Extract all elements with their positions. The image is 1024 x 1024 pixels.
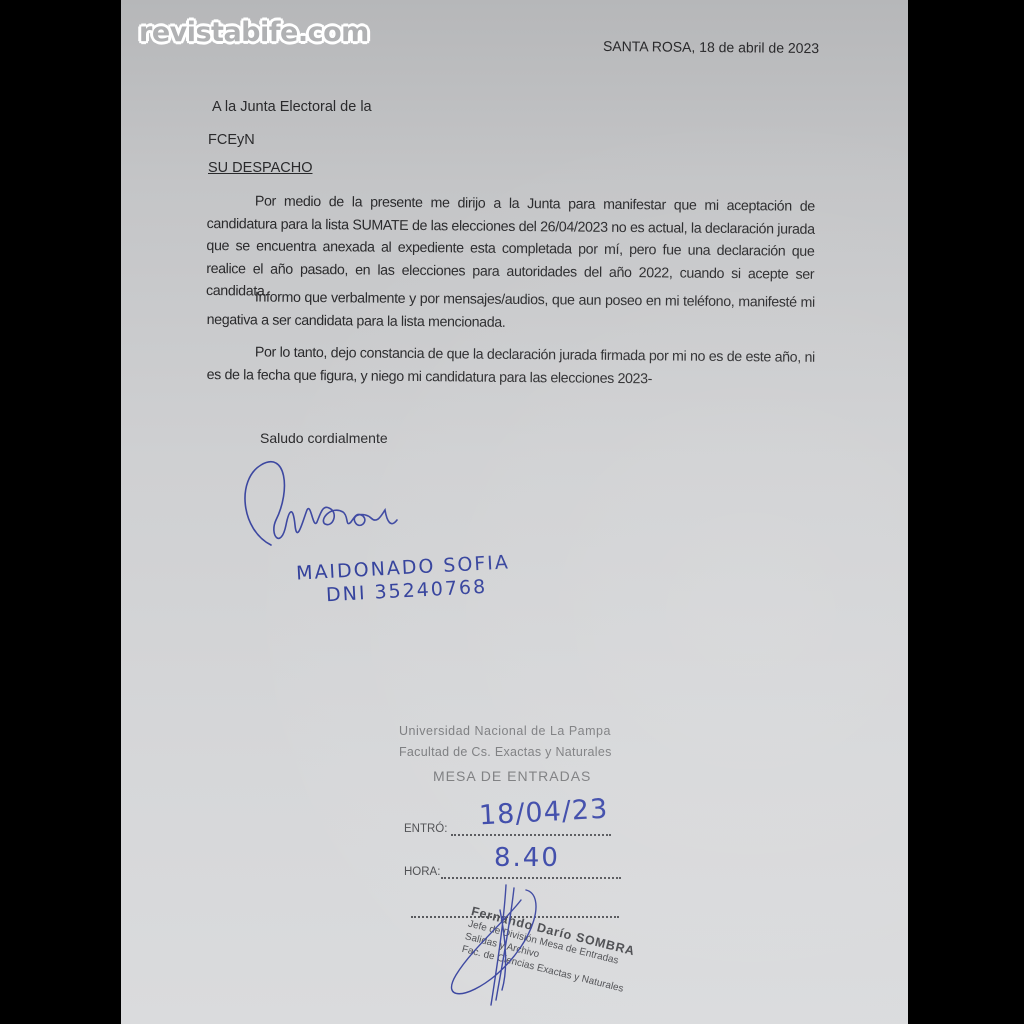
signature-icon — [231, 450, 471, 570]
place-date: SANTA ROSA, 18 de abril de 2023 — [603, 38, 819, 56]
watermark-logo: revistabife.com — [139, 17, 369, 48]
official-signature-icon — [436, 880, 566, 1010]
recipient-line-3: SU DESPACHO — [208, 160, 312, 176]
entro-label: ENTRÓ: — [404, 823, 447, 835]
stamp-office: MESA DE ENTRADAS — [433, 768, 591, 784]
letter-paragraph-3: Por lo tanto, dejo constancia de que la … — [207, 341, 815, 392]
paragraph-text: Por lo tanto, dejo constancia de que la … — [207, 341, 815, 392]
recipient-line-2: FCEyN — [208, 132, 255, 148]
closing-salutation: Saludo cordialmente — [260, 430, 388, 446]
handwritten-entry-date: 18/04/23 — [478, 794, 609, 832]
hora-label: HORA: — [404, 866, 440, 878]
scanned-letter-page: revistabife.com SANTA ROSA, 18 de abril … — [121, 0, 908, 1024]
hora-dotted-line — [441, 877, 621, 879]
paragraph-text: Informo que verbalmente y por mensajes/a… — [207, 286, 815, 337]
stamp-university: Universidad Nacional de La Pampa — [399, 724, 611, 738]
entro-dotted-line — [451, 834, 611, 836]
stamp-faculty: Facultad de Cs. Exactas y Naturales — [399, 745, 612, 759]
handwritten-entry-time: 8.40 — [494, 843, 560, 873]
recipient-line-1: A la Junta Electoral de la — [212, 99, 372, 115]
letter-paragraph-2: Informo que verbalmente y por mensajes/a… — [207, 286, 815, 337]
